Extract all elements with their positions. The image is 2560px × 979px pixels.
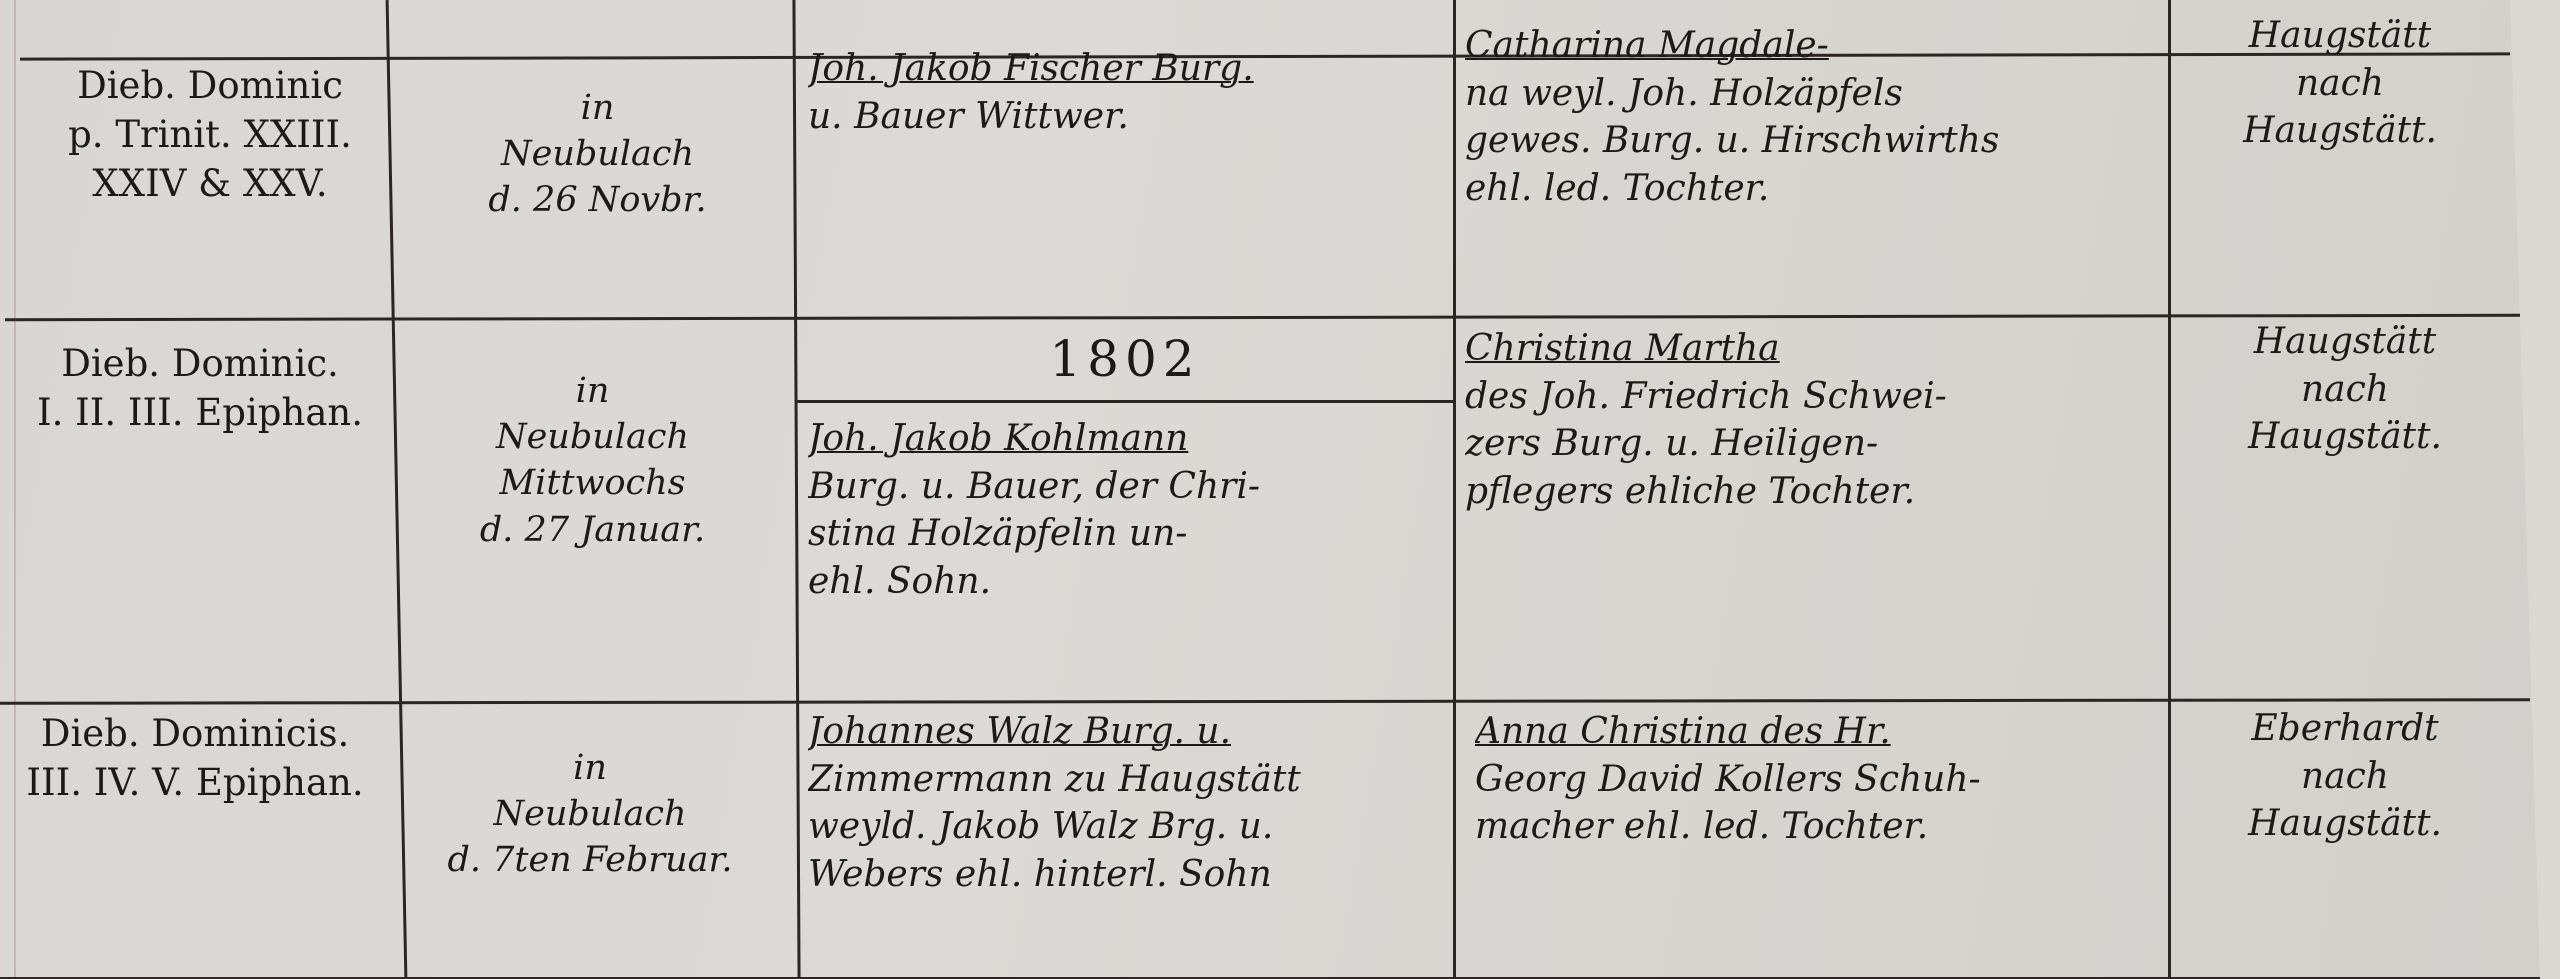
entry-3-bride-line: Georg David Kollers Schuh- [1475, 756, 2165, 804]
entry-3-groom-line: Webers ehl. hinterl. Sohn [808, 851, 1448, 899]
year-heading: 1802 [800, 330, 1450, 388]
entry-1-bride-line: na weyl. Joh. Holzäpfels [1465, 70, 2160, 118]
entry-3-bride-line: macher ehl. led. Tochter. [1475, 803, 2165, 851]
col-rule-4 [2168, 0, 2171, 979]
entry-1-place-line: d. 26 Novbr. [405, 177, 790, 223]
entry-2-bride-line: zers Burg. u. Heiligen- [1465, 420, 2160, 468]
entry-2-bride-line: Christina Martha [1465, 325, 2160, 373]
entry-2-place-line: Mittwochs [400, 460, 785, 506]
entry-1-groom-line: Joh. Jakob Fischer Burg. [808, 45, 1448, 93]
entry-2-residence: Haugstätt nach Haugstätt. [2180, 318, 2510, 461]
entry-2-place-line: Neubulach [400, 414, 785, 460]
entry-3-residence: Eberhardt nach Haugstätt. [2180, 705, 2510, 848]
entry-2-groom: Joh. Jakob Kohlmann Burg. u. Bauer, der … [808, 415, 1448, 605]
entry-2-place-date: in Neubulach Mittwochs d. 27 Januar. [400, 368, 785, 553]
entry-3-place-date: in Neubulach d. 7ten Februar. [395, 745, 785, 884]
col-rule-3 [1453, 0, 1456, 979]
entry-2-groom-line: ehl. Sohn. [808, 558, 1448, 606]
entry-2-groom-line: Joh. Jakob Kohlmann [808, 415, 1448, 463]
entry-3-residence-line: nach [2180, 753, 2510, 801]
entry-1-bride: Catharina Magdale- na weyl. Joh. Holzäpf… [1465, 22, 2160, 212]
entry-1-bride-line: ehl. led. Tochter. [1465, 165, 2160, 213]
entry-3-proclamation: Dieb. Dominicis. III. IV. V. Epiphan. [10, 710, 380, 808]
entry-3-groom-line: Zimmermann zu Haugstätt [808, 756, 1448, 804]
entry-1-proclamation: Dieb. Dominic p. Trinit. XXIII. XXIV & X… [30, 62, 390, 208]
entry-1-place-date: in Neubulach d. 26 Novbr. [405, 85, 790, 224]
entry-1-place-line: Neubulach [405, 131, 790, 177]
entry-3-groom-line: Johannes Walz Burg. u. [808, 708, 1448, 756]
entry-2-place-line: d. 27 Januar. [400, 507, 785, 553]
entry-2-bride-line: pflegers ehliche Tochter. [1465, 468, 2160, 516]
entry-1-residence: Haugstätt nach Haugstätt. [2180, 12, 2500, 155]
entry-2-residence-line: Haugstätt. [2180, 413, 2510, 461]
entry-3-place-line: in [395, 745, 785, 791]
entry-1-proclamation-line: Dieb. Dominic [30, 62, 390, 111]
entry-3-place-line: d. 7ten Februar. [395, 837, 785, 883]
entry-3-place-line: Neubulach [395, 791, 785, 837]
entry-2-bride-line: des Joh. Friedrich Schwei- [1465, 373, 2160, 421]
entry-1-groom: Joh. Jakob Fischer Burg. u. Bauer Wittwe… [808, 45, 1448, 140]
entry-3-residence-line: Haugstätt. [2180, 800, 2510, 848]
entry-3-proclamation-line: III. IV. V. Epiphan. [10, 759, 380, 808]
entry-1-place-line: in [405, 85, 790, 131]
entry-1-residence-line: Haugstätt. [2180, 107, 2500, 155]
entry-2-proclamation: Dieb. Dominic. I. II. III. Epiphan. [15, 340, 385, 438]
entry-1-groom-line: u. Bauer Wittwer. [808, 93, 1448, 141]
entry-1-bride-line: Catharina Magdale- [1465, 22, 2160, 70]
entry-3-bride-line: Anna Christina des Hr. [1475, 708, 2165, 756]
margin-rule [14, 0, 16, 979]
entry-3-residence-line: Eberhardt [2180, 705, 2510, 753]
entry-2-groom-line: stina Holzäpfelin un- [808, 510, 1448, 558]
entry-1-bride-line: gewes. Burg. u. Hirschwirths [1465, 117, 2160, 165]
entry-1-residence-line: Haugstätt [2180, 12, 2500, 60]
entry-2-residence-line: Haugstätt [2180, 318, 2510, 366]
entry-3-groom-line: weyld. Jakob Walz Brg. u. [808, 803, 1448, 851]
entry-2-bride: Christina Martha des Joh. Friedrich Schw… [1465, 325, 2160, 515]
entry-1-proclamation-line: p. Trinit. XXIII. [30, 111, 390, 160]
entry-2-place-line: in [400, 368, 785, 414]
entry-3-groom: Johannes Walz Burg. u. Zimmermann zu Hau… [808, 708, 1448, 898]
entry-1-residence-line: nach [2180, 60, 2500, 108]
entry-2-proclamation-line: Dieb. Dominic. [15, 340, 385, 389]
year-divider [795, 400, 1455, 403]
entry-3-bride: Anna Christina des Hr. Georg David Kolle… [1475, 708, 2165, 851]
entry-2-residence-line: nach [2180, 366, 2510, 414]
entry-3-proclamation-line: Dieb. Dominicis. [10, 710, 380, 759]
entry-2-groom-line: Burg. u. Bauer, der Chri- [808, 463, 1448, 511]
entry-2-proclamation-line: I. II. III. Epiphan. [15, 389, 385, 438]
entry-1-proclamation-line: XXIV & XXV. [30, 160, 390, 209]
